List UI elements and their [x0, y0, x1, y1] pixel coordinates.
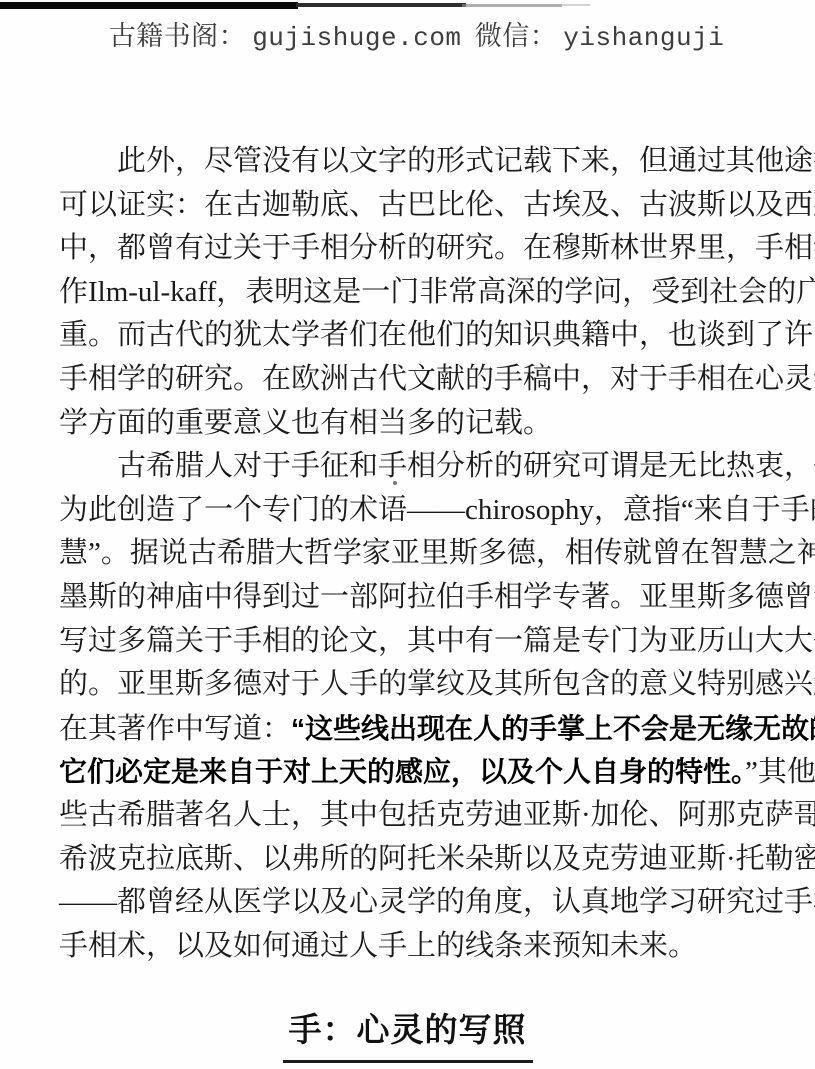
- text-line: 手相术，以及如何通过人手上的线条来预知未来。: [59, 925, 759, 969]
- scan-artifact-segment: [0, 2, 298, 9]
- bold-text-segment: 它们必定是来自于对上天的感应，以及个人自身的特性。: [59, 756, 745, 787]
- text-line: 作Ilm-ul-kaff，表明这是一门非常高深的学问，受到社会的广泛尊: [59, 271, 759, 315]
- text-line: 可以证实：在古迦勒底、古巴比伦、古埃及、古波斯以及西藏的文化: [59, 184, 759, 228]
- text-line: 它们必定是来自于对上天的感应，以及个人自身的特性。”其他一: [59, 750, 759, 794]
- watermark-header: 古籍书阁：gujishuge.com 微信：yishanguji: [0, 14, 815, 53]
- scan-speck: [393, 481, 397, 485]
- section-heading-wrap: 手：心灵的写照: [0, 1004, 815, 1063]
- text-line: 中，都曾有过关于手相分析的研究。在穆斯林世界里，手相学被称: [59, 227, 759, 271]
- text-line: 在其著作中写道：“这些线出现在人的手掌上不会是无缘无故的，: [59, 707, 759, 751]
- text-line: 手相学的研究。在欧洲古代文献的手稿中，对于手相在心灵学和灵: [59, 358, 759, 402]
- scan-artifact-segment: [560, 4, 590, 6]
- text-line: 古希腊人对于手征和手相分析的研究可谓是无比热衷，他们还: [59, 445, 759, 489]
- wechat-label: 微信：: [475, 21, 558, 51]
- page-body-text: 此外，尽管没有以文字的形式记载下来，但通过其他途径仍然可以证实：在古迦勒底、古巴…: [59, 140, 759, 968]
- text-segment: 为此创造了一个专门的术语——chirosophy，意指“来自于手的智: [59, 494, 815, 526]
- text-segment: 此外，尽管没有以文字的形式记载下来，但通过其他途径仍然: [117, 145, 815, 177]
- text-segment: 手相术，以及如何通过人手上的线条来预知未来。: [59, 930, 697, 962]
- wechat-id: yishanguji: [563, 23, 724, 53]
- text-segment: 写过多篇关于手相的论文，其中有一篇是专门为亚历山大大帝而写: [59, 625, 815, 657]
- text-segment: 的。亚里斯多德对于人手的掌纹及其所包含的意义特别感兴趣，他: [59, 668, 815, 700]
- text-line: 些古希腊著名人士，其中包括克劳迪亚斯·加伦、阿那克萨哥拉斯、: [59, 794, 759, 838]
- text-segment: ”其他一: [745, 756, 815, 788]
- text-segment: 慧”。据说古希腊大哲学家亚里斯多德，相传就曾在智慧之神赫尔: [59, 537, 815, 569]
- text-line: ——都曾经从医学以及心灵学的角度，认真地学习研究过手相学和: [59, 881, 759, 925]
- scan-artifact-segment: [296, 3, 466, 7]
- site-url: gujishuge.com: [252, 23, 461, 53]
- text-segment: 学方面的重要意义也有相当多的记载。: [59, 407, 552, 439]
- site-label: 古籍书阁：: [109, 21, 247, 51]
- text-segment: 手相学的研究。在欧洲古代文献的手稿中，对于手相在心灵学和灵: [59, 363, 815, 395]
- text-line: 写过多篇关于手相的论文，其中有一篇是专门为亚历山大大帝而写: [59, 620, 759, 664]
- text-segment: 希波克拉底斯、以弗所的阿托米朵斯以及克劳迪亚斯·托勒密迪克: [59, 843, 815, 875]
- text-segment: 中，都曾有过关于手相分析的研究。在穆斯林世界里，手相学被称: [59, 232, 815, 264]
- text-segment: 古希腊人对于手征和手相分析的研究可谓是无比热衷，他们还: [117, 450, 815, 482]
- text-line: 此外，尽管没有以文字的形式记载下来，但通过其他途径仍然: [59, 140, 759, 184]
- text-line: 重。而古代的犹太学者们在他们的知识典籍中，也谈到了许多有关: [59, 314, 759, 358]
- text-line: 希波克拉底斯、以弗所的阿托米朵斯以及克劳迪亚斯·托勒密迪克: [59, 838, 759, 882]
- text-line: 慧”。据说古希腊大哲学家亚里斯多德，相传就曾在智慧之神赫尔: [59, 532, 759, 576]
- text-segment: 作Ilm-ul-kaff，表明这是一门非常高深的学问，受到社会的广泛尊: [59, 276, 815, 308]
- text-segment: 墨斯的神庙中得到过一部阿拉伯手相学专著。亚里斯多德曾专门撰: [59, 581, 815, 613]
- section-heading: 手：心灵的写照: [283, 1004, 533, 1063]
- text-segment: 些古希腊著名人士，其中包括克劳迪亚斯·加伦、阿那克萨哥拉斯、: [59, 799, 815, 831]
- book-page: 古籍书阁：gujishuge.com 微信：yishanguji 此外，尽管没有…: [0, 0, 815, 1069]
- bold-text-segment: “这些线出现在人的手掌上不会是无缘无故的，: [291, 713, 815, 744]
- scan-artifact-segment: [462, 4, 562, 7]
- text-line: 为此创造了一个专门的术语——chirosophy，意指“来自于手的智: [59, 489, 759, 533]
- text-line: 学方面的重要意义也有相当多的记载。: [59, 402, 759, 446]
- scan-artifact-bar: [0, 0, 815, 12]
- text-segment: ——都曾经从医学以及心灵学的角度，认真地学习研究过手相学和: [59, 886, 815, 918]
- text-segment: 重。而古代的犹太学者们在他们的知识典籍中，也谈到了许多有关: [59, 319, 815, 351]
- text-segment: 在其著作中写道：: [59, 713, 291, 745]
- text-segment: 可以证实：在古迦勒底、古巴比伦、古埃及、古波斯以及西藏的文化: [59, 189, 815, 221]
- text-line: 的。亚里斯多德对于人手的掌纹及其所包含的意义特别感兴趣，他: [59, 663, 759, 707]
- text-line: 墨斯的神庙中得到过一部阿拉伯手相学专著。亚里斯多德曾专门撰: [59, 576, 759, 620]
